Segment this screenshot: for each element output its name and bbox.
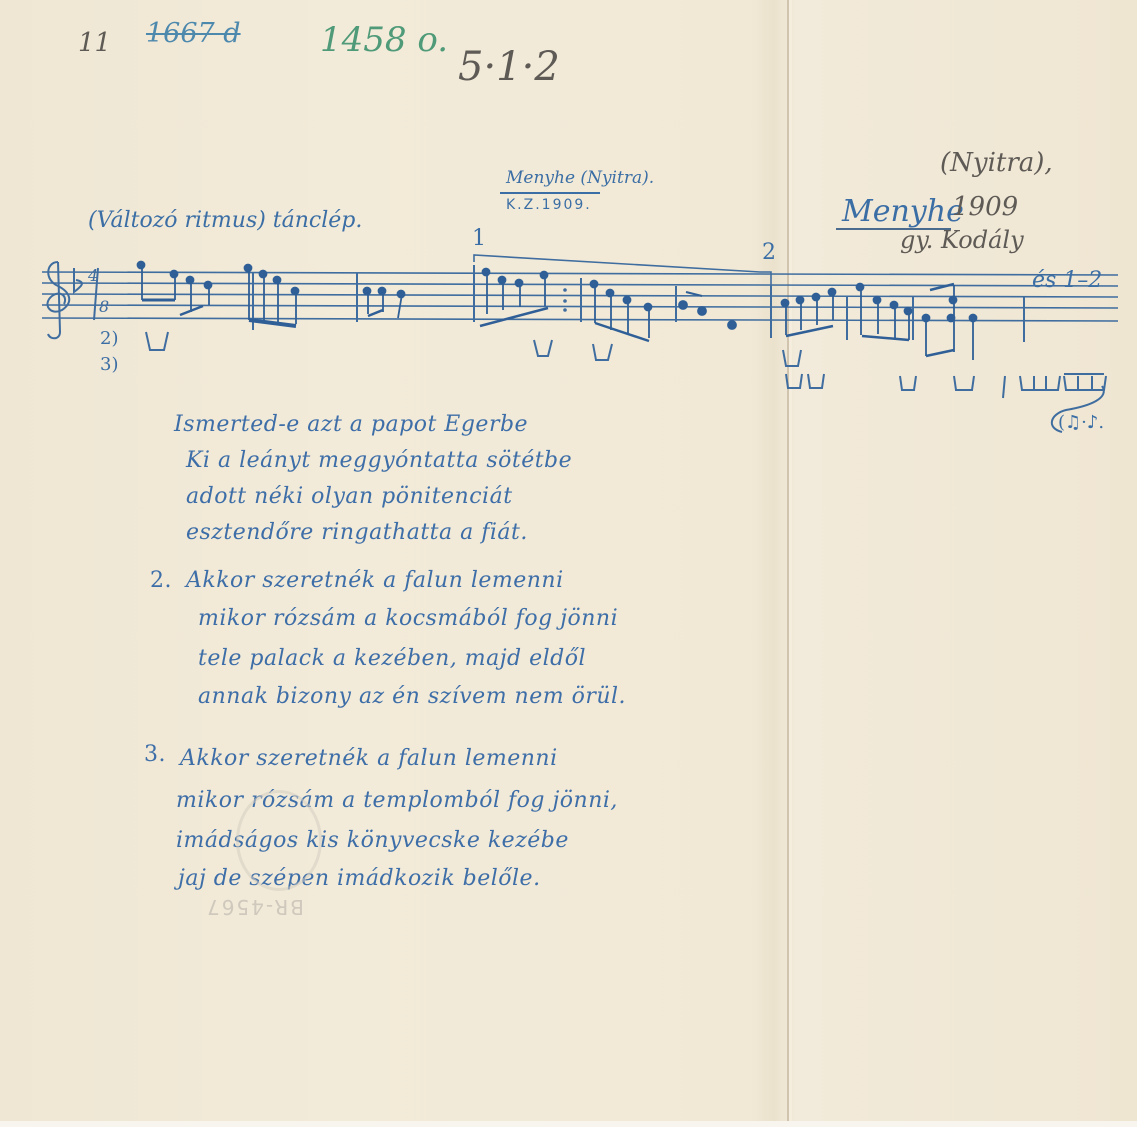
manuscript-page: 11 1667 d 1458 o. 5·1·2 (Változó ritmus)… [0,0,1137,1127]
treble-clef-icon [47,262,69,338]
verse2-line2: mikor rózsám a kocsmából fog jönni [198,606,618,631]
notes [138,262,977,361]
music-staff: 4 8 [0,0,1137,460]
verse3-line4: jaj de szépen imádkozik belőle. [178,866,541,891]
volta-2-label: 2 [762,240,776,265]
variant-note: (♫·♪. [1058,412,1104,433]
verse-mark-2: 2) [100,328,118,349]
volta-1-label: 1 [472,226,486,251]
verse3-line2: mikor rózsám a templomból fog jönni, [176,788,618,813]
archive-stamp [236,790,322,891]
ending-note: és 1–2 [1032,268,1102,293]
verse1-line4: esztendőre ringathatta a fiát. [186,520,528,545]
verse3-line1: Akkor szeretnék a falun lemenni [180,746,558,771]
scan-bottom-edge [0,1121,1137,1127]
verse2-number: 2. [150,568,172,593]
verse3-number: 3. [144,742,166,767]
verse3-line3: imádságos kis könyvecske kezébe [176,828,569,853]
verse2-line3: tele palack a kezében, majd eldől [198,646,586,671]
verse1-line1: Ismerted-e azt a papot Egerbe [174,412,528,437]
verse-mark-3: 3) [100,354,118,375]
archive-stamp-id: BR-4567 [205,895,304,919]
verse1-line3: adott néki olyan pönitenciát [186,484,513,509]
time-sig-bottom: 8 [99,297,109,316]
verse2-line1: Akkor szeretnék a falun lemenni [186,568,564,593]
verse2-line4: annak bizony az én szívem nem örül. [198,684,626,709]
verse1-line2: Ki a leányt meggyóntatta sötétbe [186,448,572,473]
